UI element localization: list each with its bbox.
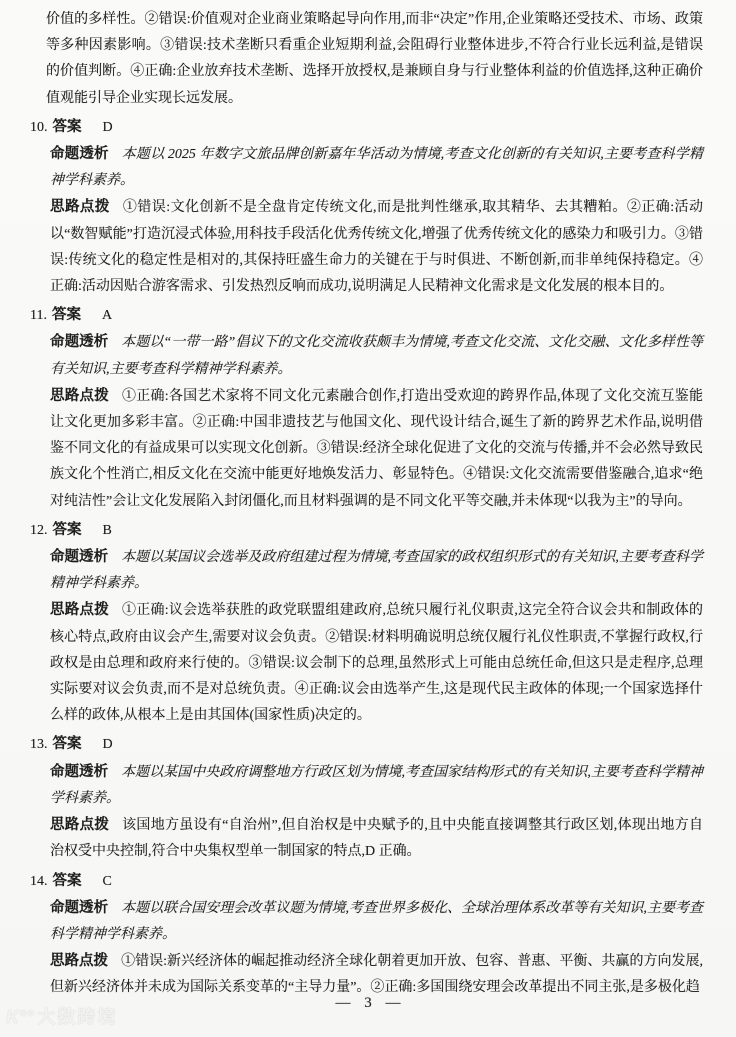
analysis-paragraph: 命题透析本题以 2025 年数字文旅品牌创新嘉年华活动为情境,考查文化创新的有关…: [50, 141, 703, 194]
answer-item-11: 11.答案A 命题透析本题以“一带一路”倡议下的文化交流收获颇丰为情境,考查文化…: [50, 302, 703, 515]
answer-letter: D: [103, 737, 113, 752]
answer-line: 13.答案D: [30, 731, 703, 758]
analysis-text: 本题以某国议会选举及政府组建过程为情境,考查国家的政权组织形式的有关知识,主要考…: [50, 550, 703, 591]
tips-text: ①错误:文化创新不是全盘肯定传统文化,而是批判性继承,取其精华、去其糟粕。②正确…: [50, 200, 703, 294]
answer-label: 答案: [53, 522, 82, 538]
question-number: 13.: [30, 737, 48, 752]
question-number: 10.: [30, 120, 48, 135]
tips-paragraph: 思路点拨①正确:议会选举获胜的政党联盟组建政府,总统只履行礼仪职责,这完全符合议…: [50, 597, 703, 729]
tips-text: ①正确:各国艺术家将不同文化元素融合创作,打造出受欢迎的跨界作品,体现了文化交流…: [50, 389, 703, 509]
watermark-logo-icon: K°°: [6, 1007, 33, 1027]
analysis-text: 本题以“一带一路”倡议下的文化交流收获颇丰为情境,考查文化交流、文化交融、文化多…: [50, 335, 703, 376]
tips-label: 思路点拨: [50, 199, 110, 215]
analysis-paragraph: 命题透析本题以某国议会选举及政府组建过程为情境,考查国家的政权组织形式的有关知识…: [50, 544, 703, 597]
tips-text: 该国地方虽设有“自治州”,但自治权是中央赋予的,且中央能直接调整其行政区划,体现…: [50, 818, 703, 859]
tips-paragraph: 思路点拨该国地方虽设有“自治州”,但自治权是中央赋予的,且中央能直接调整其行政区…: [50, 812, 703, 865]
analysis-label: 命题透析: [50, 549, 108, 565]
answer-line: 11.答案A: [30, 302, 703, 329]
analysis-text: 本题以联合国安理会改革议题为情境,考查世界多极化、全球治理体系改革等有关知识,主…: [50, 901, 703, 942]
answer-line: 14.答案C: [30, 868, 703, 895]
question-number: 12.: [30, 523, 48, 538]
analysis-label: 命题透析: [50, 146, 109, 162]
analysis-label: 命题透析: [50, 764, 108, 780]
tips-label: 思路点拨: [50, 602, 109, 618]
question-number: 11.: [30, 308, 47, 323]
question-number: 14.: [30, 874, 48, 889]
answer-line: 10.答案D: [30, 114, 703, 141]
analysis-paragraph: 命题透析本题以“一带一路”倡议下的文化交流收获颇丰为情境,考查文化交流、文化交融…: [50, 329, 703, 382]
tips-label: 思路点拨: [50, 388, 109, 404]
answer-letter: C: [103, 874, 112, 889]
answer-label: 答案: [53, 873, 82, 889]
analysis-label: 命题透析: [50, 334, 108, 350]
tips-label: 思路点拨: [50, 817, 109, 833]
answer-item-13: 13.答案D 命题透析本题以某国中央政府调整地方行政区划为情境,考查国家结构形式…: [50, 731, 703, 865]
watermark-text: 大数跨境: [37, 1007, 117, 1027]
tips-label: 思路点拨: [50, 953, 108, 969]
answer-label: 答案: [53, 736, 82, 752]
answer-item-12: 12.答案B 命题透析本题以某国议会选举及政府组建过程为情境,考查国家的政权组织…: [50, 517, 703, 730]
analysis-label: 命题透析: [50, 900, 108, 916]
analysis-text: 本题以某国中央政府调整地方行政区划为情境,考查国家结构形式的有关知识,主要考查科…: [50, 765, 703, 806]
answer-letter: B: [103, 523, 112, 538]
answer-letter: A: [102, 308, 112, 323]
paragraph-continuation: 价值的多样性。②错误:价值观对企业商业策略起导向作用,而非“决定”作用,企业策略…: [46, 7, 703, 112]
answer-line: 12.答案B: [30, 517, 703, 544]
tips-paragraph: 思路点拨①错误:文化创新不是全盘肯定传统文化,而是批判性继承,取其精华、去其糟粕…: [50, 194, 703, 300]
analysis-paragraph: 命题透析本题以联合国安理会改革议题为情境,考查世界多极化、全球治理体系改革等有关…: [50, 895, 703, 948]
tips-text: ①正确:议会选举获胜的政党联盟组建政府,总统只履行礼仪职责,这完全符合议会共和制…: [50, 603, 703, 723]
analysis-text: 本题以 2025 年数字文旅品牌创新嘉年华活动为情境,考查文化创新的有关知识,主…: [50, 147, 703, 188]
answer-label: 答案: [52, 307, 81, 323]
answer-letter: D: [103, 120, 113, 135]
document-page: 价值的多样性。②错误:价值观对企业商业策略起导向作用,而非“决定”作用,企业策略…: [0, 0, 736, 1037]
answer-label: 答案: [53, 119, 82, 135]
tips-paragraph: 思路点拨①正确:各国艺术家将不同文化元素融合创作,打造出受欢迎的跨界作品,体现了…: [50, 383, 703, 515]
analysis-paragraph: 命题透析本题以某国中央政府调整地方行政区划为情境,考查国家结构形式的有关知识,主…: [50, 759, 703, 812]
watermark: K°°大数跨境: [6, 1004, 117, 1030]
answer-item-10: 10.答案D 命题透析本题以 2025 年数字文旅品牌创新嘉年华活动为情境,考查…: [50, 114, 703, 300]
answer-item-14: 14.答案C 命题透析本题以联合国安理会改革议题为情境,考查世界多极化、全球治理…: [50, 868, 703, 1002]
